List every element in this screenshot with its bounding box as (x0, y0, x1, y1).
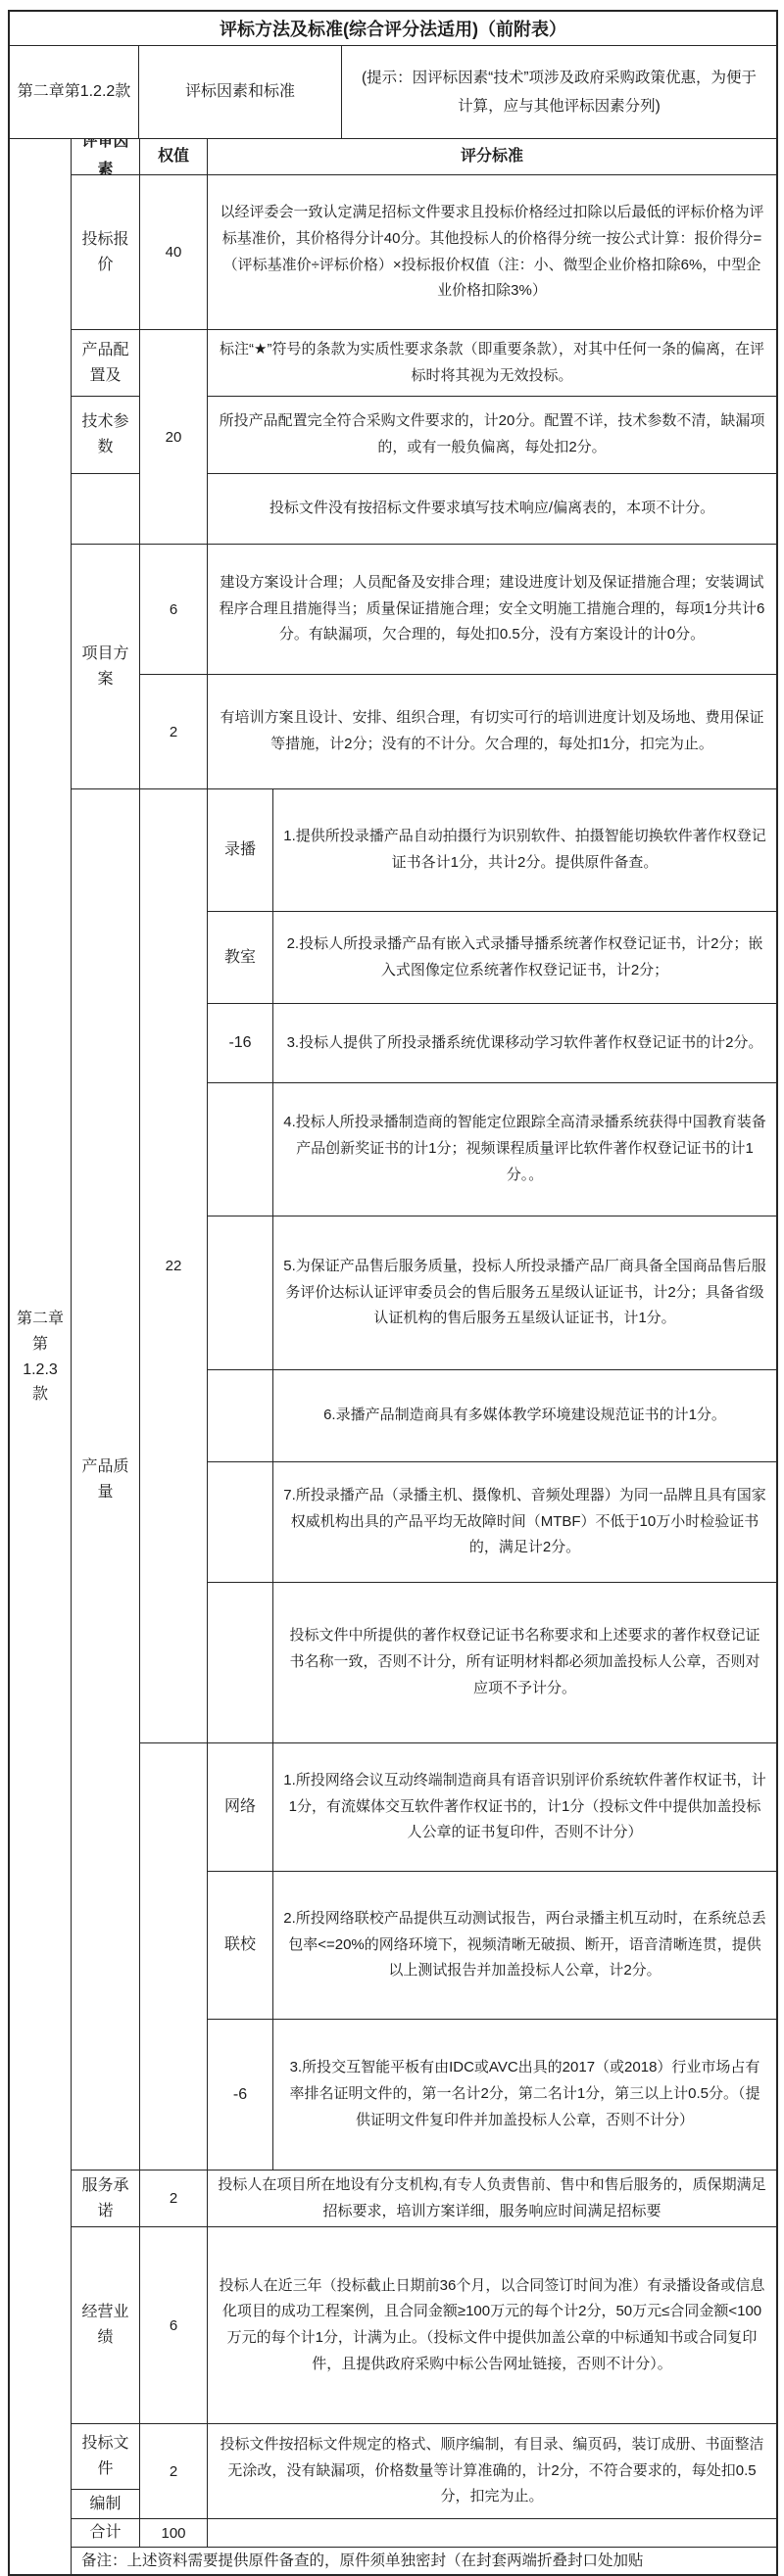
recording-tag-3: -16 (208, 1004, 273, 1083)
config-criteria-3: 投标文件没有按招标文件要求填写技术响应/偏离表的，本项不计分。 (208, 474, 776, 545)
intro-clause: 第二章第1.2.2款 (10, 46, 139, 139)
recording-tag-1: 录播 (208, 789, 273, 912)
plan-criteria-1: 建设方案设计合理；人员配备及安排合理；建设进度计划及保证措施合理；安装调试程序合… (208, 545, 776, 675)
recording-tag-blank-2 (208, 1216, 273, 1370)
doc-label-bottom: 编制 (72, 2490, 140, 2519)
config-weight: 20 (140, 330, 208, 545)
plan-label: 项目方案 (72, 545, 140, 789)
plan-weight-2: 2 (140, 675, 208, 789)
recording-item-4: 4.投标人所投录播制造商的智能定位跟踪全高清录播系统获得中国教育装备产品创新奖证… (273, 1083, 776, 1216)
service-criteria: 投标人在项目所在地设有分支机构,有专人负责售前、售中和售后服务的，质保期满足招标… (208, 2171, 776, 2227)
performance-criteria: 投标人在近三年（投标截止日期前36个月，以合同签订时间为准）有录播设备或信息化项… (208, 2227, 776, 2424)
quality-weight-blank (140, 1743, 208, 2171)
quality-weight: 22 (140, 789, 208, 1743)
price-label: 投标报价 (72, 175, 140, 330)
recording-tag-blank-4 (208, 1462, 273, 1583)
document-page: 评标方法及标准(综合评分法适用)（前附表） 第二章第1.2.2款 评标因素和标准… (0, 0, 784, 2576)
network-tag-1: 网络 (208, 1743, 273, 1872)
price-weight: 40 (140, 175, 208, 330)
network-item-3: 3.所投交互智能平板有由IDC或AVC出具的2017（或2018）行业市场占有率… (273, 2020, 776, 2171)
intro-section: 第二章第1.2.2款 评标因素和标准 (提示：因评标因素“技术”项涉及政府采购政… (10, 46, 776, 139)
config-criteria-2: 所投产品配置完全符合采购文件要求的，计20分。配置不详，技术参数不清，缺漏项的，… (208, 397, 776, 474)
total-value: 100 (140, 2519, 208, 2548)
recording-tag-2: 教室 (208, 912, 273, 1004)
doc-criteria: 投标文件按招标文件规定的格式、顺序编制，有目录、编页码，装订成册、书面整洁无涂改… (208, 2424, 776, 2519)
config-label-top: 产品配置及 (72, 330, 140, 397)
config-label-blank (72, 474, 140, 545)
config-label-bottom: 技术参数 (72, 397, 140, 474)
performance-label: 经营业绩 (72, 2227, 140, 2424)
quality-label: 产品质量 (72, 789, 140, 2171)
config-criteria-1: 标注“★”符号的条款为实质性要求条款（即重要条款），对其中任何一条的偏离，在评标… (208, 330, 776, 397)
plan-criteria-2: 有培训方案且设计、安排、组织合理，有切实可行的培训进度计划及场地、费用保证等措施… (208, 675, 776, 789)
doc-label-top: 投标文件 (72, 2424, 140, 2490)
recording-item-1: 1.提供所投录播产品自动拍摄行为识别软件、拍摄智能切换软件著作权登记证书各计1分… (273, 789, 776, 912)
total-label: 合计 (72, 2519, 140, 2548)
doc-weight: 2 (140, 2424, 208, 2519)
header-criteria: 评分标准 (208, 139, 776, 175)
total-blank (208, 2519, 776, 2548)
recording-tag-blank-1 (208, 1083, 273, 1216)
service-weight: 2 (140, 2171, 208, 2227)
performance-weight: 6 (140, 2227, 208, 2424)
plan-weight-1: 6 (140, 545, 208, 675)
intro-note: (提示：因评标因素“技术”项涉及政府采购政策优惠，为便于计算，应与其他评标因素分… (342, 46, 776, 139)
intro-label: 评标因素和标准 (139, 46, 342, 139)
header-weight: 权值 (140, 139, 208, 175)
network-item-1: 1.所投网络会议互动终端制造商具有语音识别评价系统软件著作权证书，计1分，有流媒… (273, 1743, 776, 1872)
table-title: 评标方法及标准(综合评分法适用)（前附表） (10, 12, 776, 46)
network-item-2: 2.所投网络联校产品提供互动测试报告，两台录播主机互动时，在系统总丢包率<=20… (273, 1872, 776, 2020)
recording-item-7: 7.所投录播产品（录播主机、摄像机、音频处理器）为同一品牌且具有国家权威机构出具… (273, 1462, 776, 1583)
recording-item-3: 3.投标人提供了所投录播系统优课移动学习软件著作权登记证书的计2分。 (273, 1004, 776, 1083)
network-tag-3: -6 (208, 2020, 273, 2171)
recording-tag-blank-5 (208, 1583, 273, 1743)
evaluation-table: 评标方法及标准(综合评分法适用)（前附表） 第二章第1.2.2款 评标因素和标准… (8, 10, 778, 2576)
remark-row: 备注：上述资料需要提供原件备查的，原件须单独密封（在封套两端折叠封口处加贴 (72, 2548, 776, 2576)
recording-item-5: 5.为保证产品售后服务质量，投标人所投录播产品厂商具备全国商品售后服务评价达标认… (273, 1216, 776, 1370)
price-criteria: 以经评委会一致认定满足招标文件要求且投标价格经过扣除以后最低的评标价格为评标基准… (208, 175, 776, 330)
recording-item-2: 2.投标人所投录播产品有嵌入式录播导播系统著作权登记证书，计2分；嵌入式图像定位… (273, 912, 776, 1004)
recording-note: 投标文件中所提供的著作权登记证书名称要求和上述要求的著作权登记证书名称一致，否则… (273, 1583, 776, 1743)
clause-cell: 第二章第1.2.3款 (10, 139, 72, 2576)
recording-item-6: 6.录播产品制造商具有多媒体教学环境建设规范证书的计1分。 (273, 1370, 776, 1462)
network-tag-2: 联校 (208, 1872, 273, 2020)
criteria-section: 第二章第1.2.3款 评审因素 权值 评分标准 投标报价 40 以经评委会一致认… (10, 139, 776, 2576)
header-factor: 评审因素 (72, 139, 140, 175)
service-label: 服务承诺 (72, 2171, 140, 2227)
recording-tag-blank-3 (208, 1370, 273, 1462)
